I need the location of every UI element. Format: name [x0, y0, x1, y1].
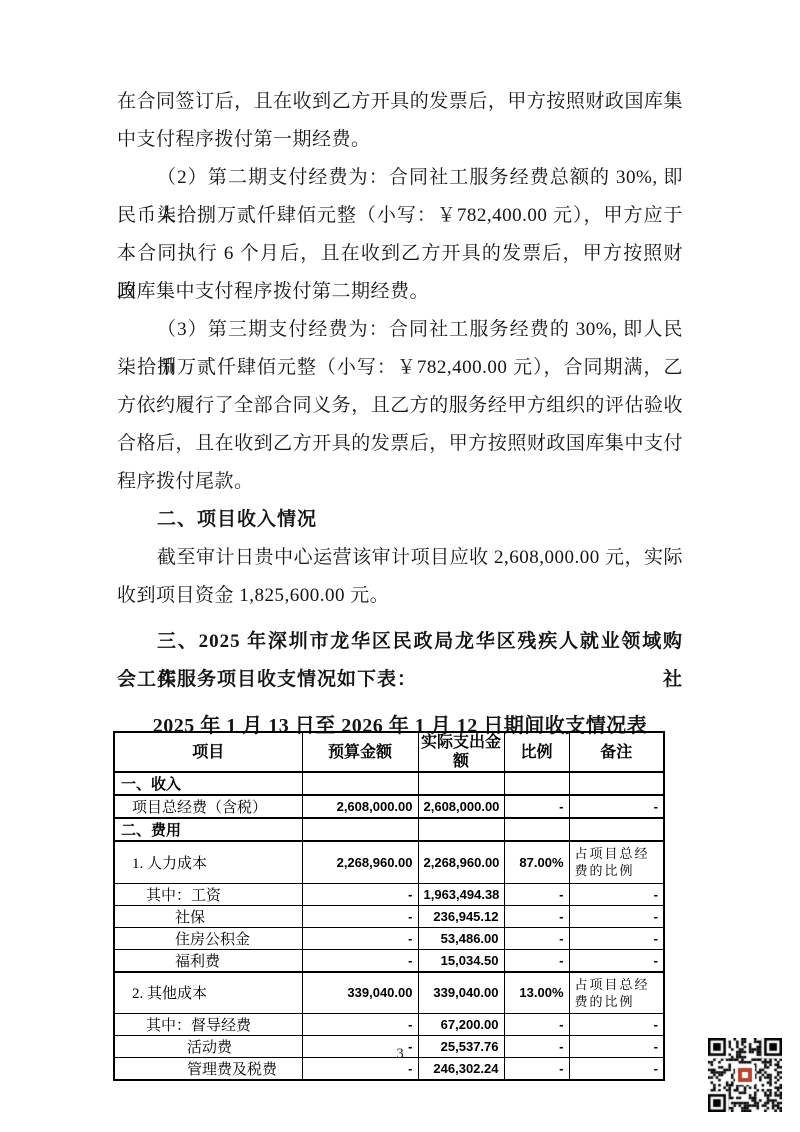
table-row: 住房公积金-53,486.00-- [114, 927, 664, 949]
value-cell: - [569, 905, 664, 927]
value-cell: 53,486.00 [418, 927, 504, 949]
qr-code [708, 1038, 782, 1112]
value-cell: - [504, 883, 569, 905]
value-cell: 339,040.00 [302, 972, 418, 1014]
value-cell: - [302, 949, 418, 972]
value-cell: - [302, 1014, 418, 1036]
value-cell: - [302, 905, 418, 927]
paragraph-line: 收到项目资金 1,825,600.00 元。 [117, 577, 683, 615]
value-cell: 13.00% [504, 972, 569, 1014]
value-cell: - [504, 927, 569, 949]
row-label: 二、费用 [114, 818, 302, 841]
value-cell: 236,945.12 [418, 905, 504, 927]
value-cell [302, 772, 418, 795]
row-label: 住房公积金 [114, 927, 302, 949]
paragraph-line: 民币柒拾捌万贰仟肆佰元整（小写：￥782,400.00 元），甲方应于 [117, 197, 683, 235]
value-cell: - [302, 883, 418, 905]
value-cell [569, 818, 664, 841]
value-cell: - [569, 883, 664, 905]
value-cell [504, 772, 569, 795]
paragraph-line: 国库集中支付程序拨付第二期经费。 [117, 273, 683, 311]
section-heading-line: 二、项目收入情况 [117, 501, 683, 539]
section-heading-line: 三、2025 年深圳市龙华区民政局龙华区残疾人就业领域购买社 [117, 623, 683, 661]
value-cell: 2,268,960.00 [418, 841, 504, 883]
paragraph-line: 中支付程序拨付第一期经费。 [117, 121, 683, 159]
value-cell [302, 818, 418, 841]
row-label: 项目总经费（含税） [114, 795, 302, 818]
income-expense-table: 项目预算金额实际支出金额比例备注 一、收入项目总经费（含税）2,608,000.… [113, 731, 665, 1081]
value-cell: - [569, 795, 664, 818]
table-row: 社保-236,945.12-- [114, 905, 664, 927]
table-row: 一、收入 [114, 772, 664, 795]
paragraph-line: 本合同执行 6 个月后，且在收到乙方开具的发票后，甲方按照财政 [117, 235, 683, 273]
value-cell: 15,034.50 [418, 949, 504, 972]
paragraph-line: 方依约履行了全部合同义务，且乙方的服务经甲方组织的评估验收 [117, 387, 683, 425]
table-header: 项目预算金额实际支出金额比例备注 [114, 732, 664, 772]
table-body: 一、收入项目总经费（含税）2,608,000.002,608,000.00--二… [114, 772, 664, 1080]
value-cell: 1,963,494.38 [418, 883, 504, 905]
paragraph-line: 在合同签订后，且在收到乙方开具的发票后，甲方按照财政国库集 [117, 83, 683, 121]
table-row: 二、费用 [114, 818, 664, 841]
value-cell [418, 772, 504, 795]
row-label: 其中：工资 [114, 883, 302, 905]
value-cell [569, 772, 664, 795]
value-cell: - [569, 1014, 664, 1036]
column-header: 项目 [114, 732, 302, 772]
table-row: 1. 人力成本2,268,960.002,268,960.0087.00%占项目… [114, 841, 664, 883]
table-row: 其中：督导经费-67,200.00-- [114, 1014, 664, 1036]
value-cell: 339,040.00 [418, 972, 504, 1014]
table-row: 项目总经费（含税）2,608,000.002,608,000.00-- [114, 795, 664, 818]
paragraph-line: （2）第二期支付经费为：合同社工服务经费总额的 30%, 即人 [117, 159, 683, 197]
value-cell: - [569, 927, 664, 949]
value-cell: - [569, 949, 664, 972]
row-label: 一、收入 [114, 772, 302, 795]
value-cell: 67,200.00 [418, 1014, 504, 1036]
table-header-row: 项目预算金额实际支出金额比例备注 [114, 732, 664, 772]
remark-cell: 占项目总经费的比例 [569, 841, 664, 883]
row-label: 社保 [114, 905, 302, 927]
paragraph-line: 柒拾捌万贰仟肆佰元整（小写：￥782,400.00 元），合同期满，乙 [117, 349, 683, 387]
body-text: 在合同签订后，且在收到乙方开具的发票后，甲方按照财政国库集中支付程序拨付第一期经… [117, 83, 683, 699]
value-cell [418, 818, 504, 841]
value-cell: - [302, 927, 418, 949]
paragraph-line: 合格后，且在收到乙方开具的发票后，甲方按照财政国库集中支付 [117, 425, 683, 463]
paragraph-line: 截至审计日贵中心运营该审计项目应收 2,608,000.00 元，实际 [117, 539, 683, 577]
value-cell: - [504, 905, 569, 927]
row-label: 2. 其他成本 [114, 972, 302, 1014]
value-cell [504, 818, 569, 841]
value-cell: 87.00% [504, 841, 569, 883]
column-header: 预算金额 [302, 732, 418, 772]
value-cell: 2,268,960.00 [302, 841, 418, 883]
table-row: 福利费-15,034.50-- [114, 949, 664, 972]
column-header: 备注 [569, 732, 664, 772]
value-cell: - [504, 1014, 569, 1036]
row-label: 1. 人力成本 [114, 841, 302, 883]
document-page: 在合同签订后，且在收到乙方开具的发票后，甲方按照财政国库集中支付程序拨付第一期经… [0, 0, 800, 1132]
row-label: 其中：督导经费 [114, 1014, 302, 1036]
value-cell: - [504, 795, 569, 818]
value-cell: - [504, 949, 569, 972]
value-cell: 2,608,000.00 [302, 795, 418, 818]
paragraph-line: 程序拨付尾款。 [117, 463, 683, 501]
page-number: 3 [0, 1046, 800, 1063]
table-row: 其中：工资-1,963,494.38-- [114, 883, 664, 905]
table-row: 2. 其他成本339,040.00339,040.0013.00%占项目总经费的… [114, 972, 664, 1014]
column-header: 实际支出金额 [418, 732, 504, 772]
column-header: 比例 [504, 732, 569, 772]
value-cell: 2,608,000.00 [418, 795, 504, 818]
remark-cell: 占项目总经费的比例 [569, 972, 664, 1014]
row-label: 福利费 [114, 949, 302, 972]
paragraph-line: （3）第三期支付经费为：合同社工服务经费的 30%, 即人民币 [117, 311, 683, 349]
